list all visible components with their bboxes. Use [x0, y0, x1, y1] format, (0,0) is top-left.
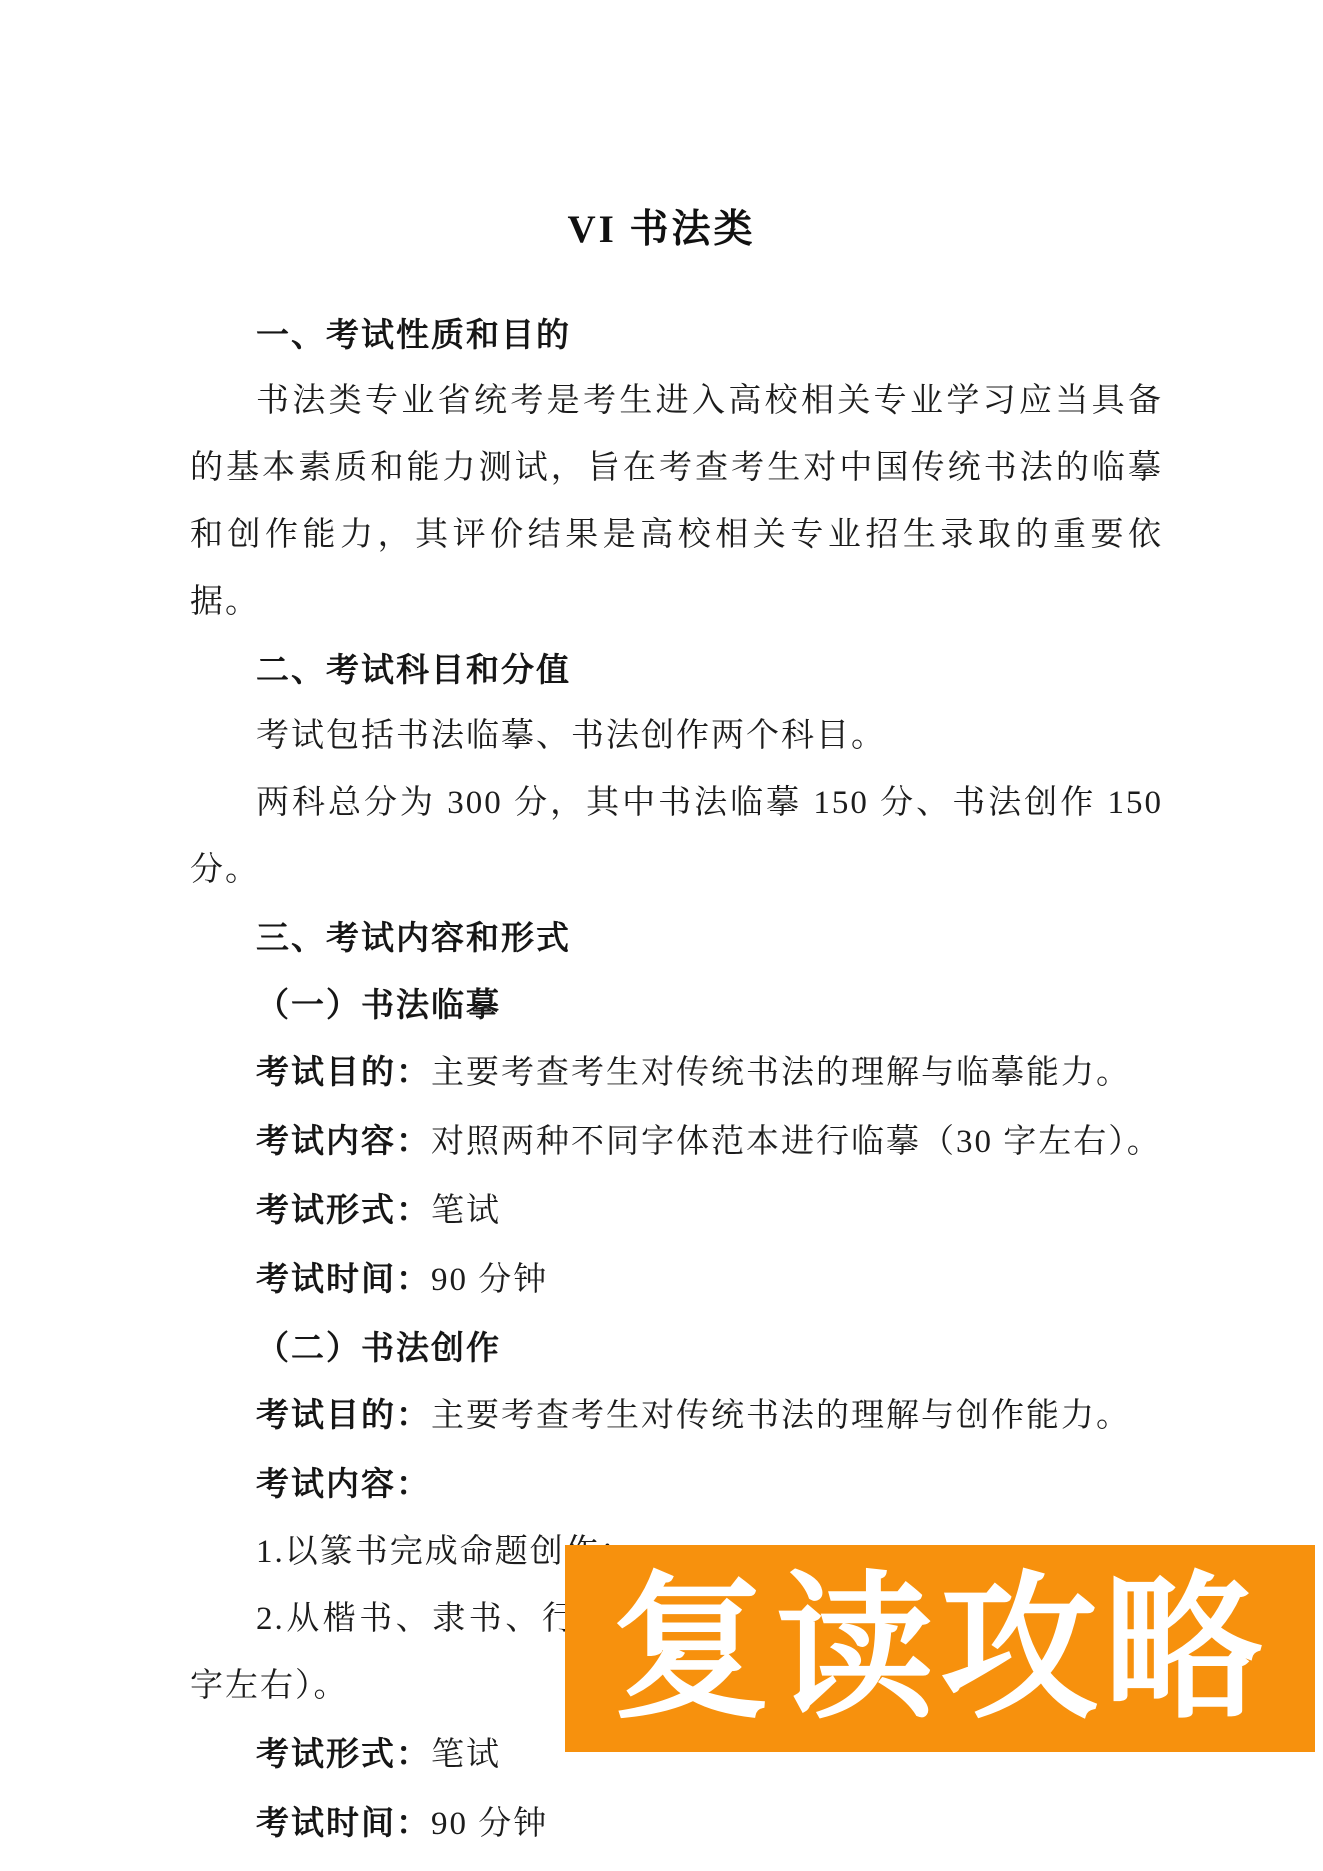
subsection-heading-2: （二）书法创作 — [190, 1314, 1163, 1381]
labeled-line-exam-duration: 考试时间：90 分钟 — [190, 1245, 1163, 1314]
body-paragraph: 两科总分为 300 分，其中书法临摹 150 分、书法创作 150 分。 — [190, 770, 1163, 904]
section-heading-3: 三、考试内容和形式 — [190, 904, 1163, 971]
field-value: 主要考查考生对传统书法的理解与临摹能力。 — [431, 1055, 1131, 1091]
promo-banner: 复读攻略 — [565, 1545, 1315, 1752]
body-paragraph: 考试包括书法临摹、书法创作两个科目。 — [190, 703, 1163, 770]
field-label: 考试内容： — [256, 1122, 431, 1159]
subsection-heading-1: （一）书法临摹 — [190, 971, 1163, 1038]
field-label: 考试形式： — [256, 1191, 431, 1228]
field-label: 考试时间： — [256, 1260, 431, 1297]
labeled-line-exam-content: 考试内容：对照两种不同字体范本进行临摹（30 字左右）。 — [190, 1107, 1163, 1176]
field-value: 主要考查考生对传统书法的理解与创作能力。 — [431, 1398, 1131, 1434]
field-label: 考试时间： — [256, 1804, 431, 1841]
field-label: 考试目的： — [256, 1396, 431, 1433]
field-value: 对照两种不同字体范本进行临摹（30 字左右）。 — [431, 1124, 1162, 1160]
labeled-line-exam-purpose: 考试目的：主要考查考生对传统书法的理解与临摹能力。 — [190, 1038, 1163, 1107]
section-heading-2: 二、考试科目和分值 — [190, 636, 1163, 703]
labeled-line-exam-purpose: 考试目的：主要考查考生对传统书法的理解与创作能力。 — [190, 1381, 1163, 1450]
labeled-line-exam-content: 考试内容： — [190, 1450, 1163, 1519]
field-label: 考试形式： — [256, 1735, 431, 1772]
labeled-line-exam-duration: 考试时间：90 分钟 — [190, 1789, 1163, 1858]
field-value: 笔试 — [431, 1193, 501, 1229]
field-value: 笔试 — [431, 1737, 501, 1773]
field-label: 考试目的： — [256, 1053, 431, 1090]
field-value: 90 分钟 — [431, 1806, 548, 1842]
page-title: VI 书法类 — [0, 198, 1323, 254]
section-heading-1: 一、考试性质和目的 — [190, 301, 1163, 368]
body-paragraph: 书法类专业省统考是考生进入高校相关专业学习应当具备的基本素质和能力测试，旨在考查… — [190, 368, 1163, 636]
labeled-line-exam-format: 考试形式：笔试 — [190, 1176, 1163, 1245]
promo-banner-text: 复读攻略 — [612, 1570, 1268, 1728]
document-page: VI 书法类 一、考试性质和目的 书法类专业省统考是考生进入高校相关专业学习应当… — [0, 0, 1323, 1871]
field-label: 考试内容： — [256, 1465, 431, 1502]
field-value: 90 分钟 — [431, 1262, 548, 1298]
